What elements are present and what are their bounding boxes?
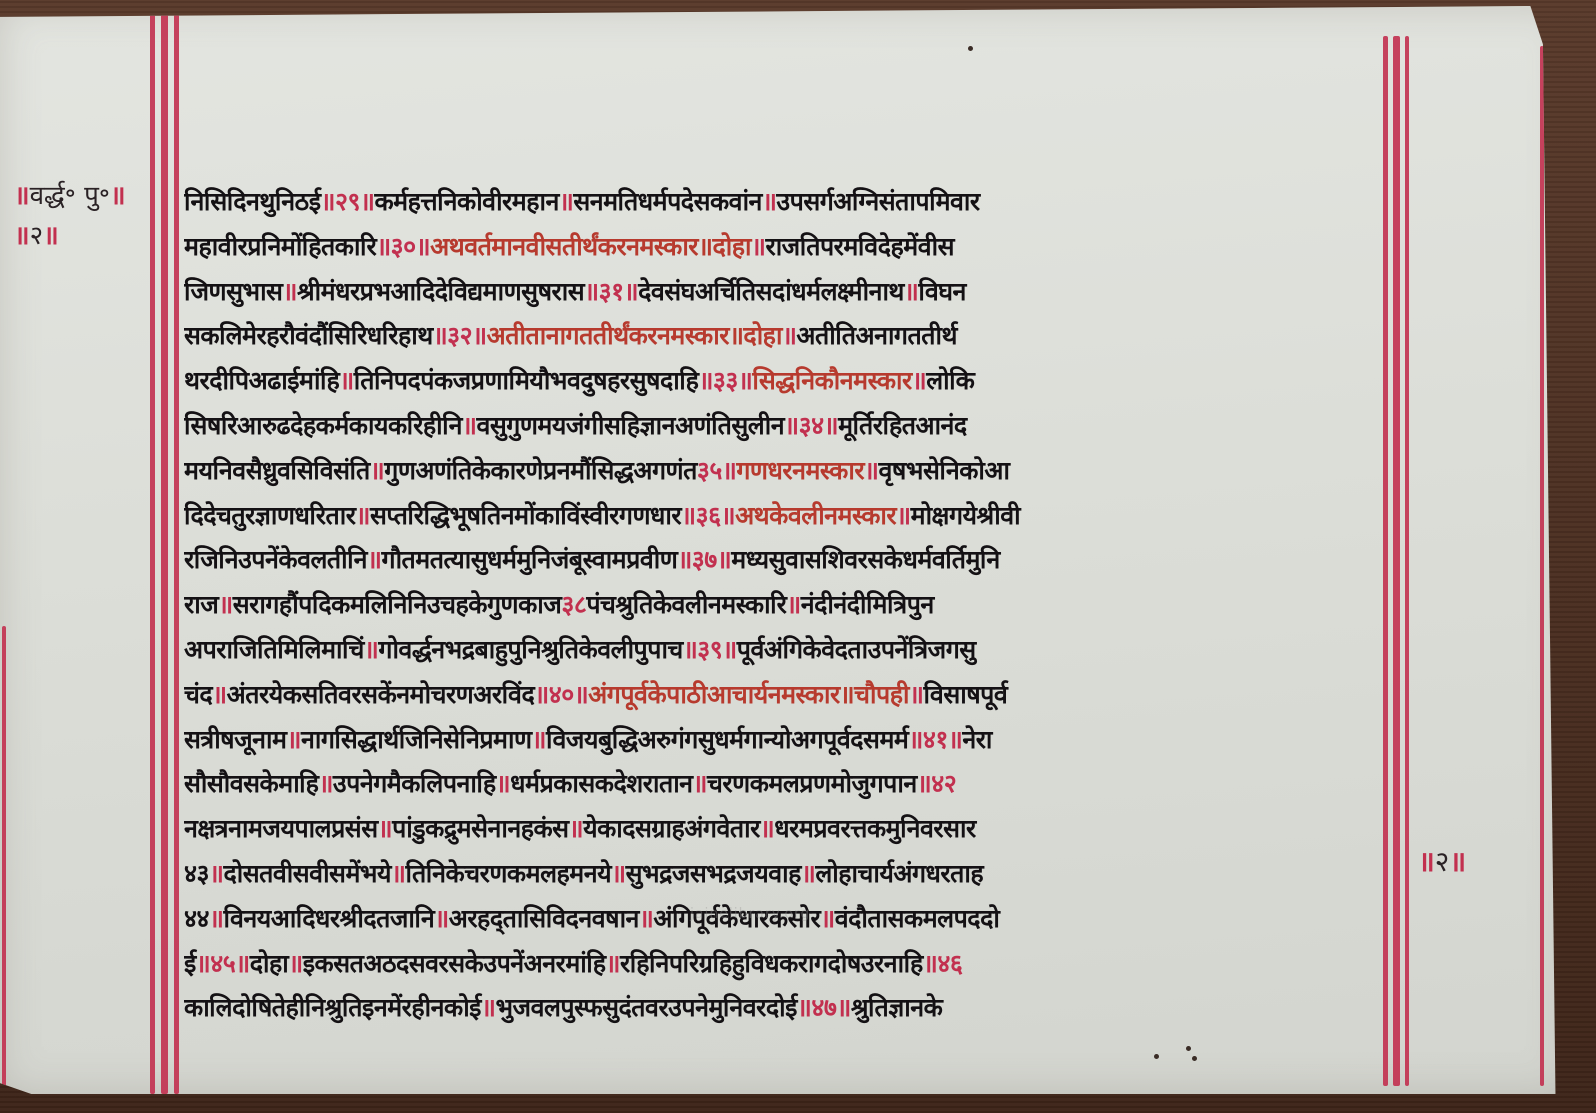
verse-marker: ॥ xyxy=(912,366,926,395)
verse-marker: ॥ xyxy=(364,635,378,664)
left-edge-rule xyxy=(2,626,6,1096)
verse-text: सकलिमेरहरौवंदौंसिरिधरिहाथ xyxy=(184,321,433,350)
verse-marker: ॥ xyxy=(786,590,800,619)
manuscript-line: सिषरिआरुढदेहकर्मकायकरिहीनि॥वसुगुणमयजंगीस… xyxy=(184,404,1384,449)
danda: ॥ xyxy=(14,181,30,211)
manuscript-line: मयनिवसैध्रुवसिविसंति॥गुणअणंतिकेकारणेप्रन… xyxy=(184,449,1384,494)
rubric-heading: अंगपूर्वकेपाठीआचार्यनमस्कार॥चौपही xyxy=(588,680,909,709)
right-folio-number: २ xyxy=(1435,845,1450,878)
verse-marker: ॥४७॥ xyxy=(797,993,851,1022)
verse-text: राज xyxy=(184,590,218,619)
verse-text: लोकि xyxy=(926,366,974,395)
danda: ॥ xyxy=(110,181,126,211)
verse-marker: ॥ xyxy=(820,904,834,933)
verse-text: चरणकमलप्रणमोजुगपान xyxy=(707,769,917,798)
verse-marker: ॥ xyxy=(896,501,910,530)
verse-text: महावीरप्रनिमोंहितकारि xyxy=(184,232,376,261)
verse-text: दोसतवीसवीसमेंभये xyxy=(224,859,391,888)
verse-text: थरदीपिअढाईमांहि xyxy=(184,366,339,395)
verse-marker: ॥ xyxy=(532,725,546,754)
verse-text: वृषभसेनिकोआ xyxy=(879,456,1010,485)
manuscript-line: चंद॥अंतरयेकसतिवरसकेंनमोचरणअरविंद॥४०॥अंगप… xyxy=(184,673,1384,718)
verse-text: दोहा xyxy=(250,949,289,978)
verse-text: विसाषपूर्व xyxy=(923,680,1007,709)
verse-text: नागसिद्धार्थजिनिसेनिप्रमाण xyxy=(301,725,532,754)
danda: ॥ xyxy=(43,221,59,251)
verse-marker: ॥ xyxy=(801,859,815,888)
verse-marker: ॥ xyxy=(370,456,384,485)
ink-spot xyxy=(1186,1046,1191,1051)
verse-marker: ॥ xyxy=(496,769,510,798)
verse-text: नक्षत्रनामजयपालप्रसंस xyxy=(184,814,378,843)
verse-text: इकसतअठदसवरसकेउपनेंअनरमांहि xyxy=(303,949,606,978)
verse-text: सौसौवसकेमाहि xyxy=(184,769,318,798)
verse-marker: ॥४०॥ xyxy=(534,680,588,709)
verse-marker: ॥४५॥ xyxy=(196,949,250,978)
manuscript-line: थरदीपिअढाईमांहि॥तिनिपदपंकजप्रणामियौभवदुष… xyxy=(184,359,1384,404)
verse-marker: ॥३६॥ xyxy=(681,501,735,530)
verse-marker: ॥४१॥ xyxy=(908,725,962,754)
verse-text: धरमप्रवरत्तकमुनिवरसार xyxy=(774,814,975,843)
verse-text: मोक्षगयेश्रीवी xyxy=(911,501,1020,530)
right-margin-rule-inner2 xyxy=(1405,36,1409,1086)
rubric-heading: अथकेवलीनमस्कार xyxy=(735,501,896,530)
verse-marker: ॥ xyxy=(378,814,392,843)
verse-marker: ॥ xyxy=(611,859,625,888)
verse-marker: ॥४२ xyxy=(917,769,956,798)
manuscript-line: निसिदिनथुनिठई॥२९॥कर्महत्तनिकोवीरमहान॥सनम… xyxy=(184,180,1384,225)
verse-marker: ॥३१॥ xyxy=(584,277,638,306)
verse-marker: ॥ xyxy=(639,904,653,933)
verse-text: रहिनिपरिग्रहिहुविधकरागदोषउरनाहि xyxy=(620,949,923,978)
verse-marker: ॥ xyxy=(569,814,583,843)
verse-marker: ॥ xyxy=(355,501,369,530)
verse-marker: ॥ xyxy=(282,277,296,306)
verse-text: चंद xyxy=(184,680,212,709)
rubric-heading: सिद्धनिकौनमस्कार xyxy=(752,366,911,395)
verse-marker: ॥ xyxy=(909,680,923,709)
rubric-heading: गणधरनमस्कार xyxy=(736,456,864,485)
verse-text: सुभद्रजसभद्रजयवाह xyxy=(626,859,801,888)
verse-text: धर्मप्रकासकदेशरातान xyxy=(510,769,692,798)
verse-text: नेरा xyxy=(962,725,992,754)
verse-marker: ॥ xyxy=(209,859,223,888)
verse-marker: ॥३७॥ xyxy=(677,545,731,574)
rubric-heading: अतीतानागततीर्थंकरनमस्कार॥दोहा xyxy=(487,321,782,350)
verse-marker: ॥ xyxy=(339,366,353,395)
verse-text: वंदौतासकमलपददो xyxy=(835,904,1000,933)
verse-text: अरहद्तासिविदनवषान xyxy=(449,904,639,933)
verse-marker: ॥ xyxy=(212,680,226,709)
verse-marker: ॥ xyxy=(606,949,620,978)
verse-text: अतीतिअनागततीर्थ xyxy=(796,321,957,350)
verse-text: अपराजितिमिलिमाचिं xyxy=(184,635,364,664)
manuscript-line: दिदेचतुरज्ञाणधरितार॥सप्तरिद्धिभूषतिनमोंक… xyxy=(184,494,1384,539)
manuscript-text-block: निसिदिनथुनिठई॥२९॥कर्महत्तनिकोवीरमहान॥सनम… xyxy=(184,180,1384,1031)
verse-text: मूर्तिरहितआनंद xyxy=(838,411,967,440)
verse-text: सिषरिआरुढदेहकर्मकायकरिहीनि xyxy=(184,411,462,440)
verse-text: निसिदिनथुनिठई xyxy=(184,187,320,216)
verse-text: गौतमतत्यासुधर्ममुनिजंबूस्वामप्रवीण xyxy=(382,545,678,574)
left-margin-rule-outer xyxy=(150,6,155,1094)
verse-text: विनयआदिधरश्रीदतजानि xyxy=(224,904,435,933)
manuscript-line: सौसौवसकेमाहि॥उपनेगमैकलिपनाहि॥धर्मप्रकासक… xyxy=(184,762,1384,807)
margin-title: वर्द्ध॰ पु॰ xyxy=(30,181,110,211)
verse-text: उपनेगमैकलिपनाहि xyxy=(333,769,496,798)
verse-text: लोहाचार्यअंगधरताह xyxy=(815,859,983,888)
verse-marker: ॥२९॥ xyxy=(320,187,374,216)
verse-marker: ॥ xyxy=(318,769,332,798)
verse-marker: ॥ xyxy=(462,411,476,440)
verse-text: ४३ xyxy=(184,859,209,888)
manuscript-line: जिणसुभास॥श्रीमंधरप्रभआदिदेविद्यमाणसुषरास… xyxy=(184,270,1384,315)
verse-text: सप्तरिद्धिभूषतिनमोंकाविंस्वीरगणधार xyxy=(370,501,681,530)
verse-marker: ॥३४॥ xyxy=(784,411,838,440)
verse-text: तिनिकेचरणकमलहमनये xyxy=(405,859,611,888)
verse-marker: ॥३९॥ xyxy=(683,635,737,664)
verse-marker: ॥ xyxy=(751,232,765,261)
verse-text: भुजवलपुस्फसुदंतवरउपनेमुनिवरदोई xyxy=(495,993,796,1022)
manuscript-line: महावीरप्रनिमोंहितकारि॥३०॥अथवर्तमानवीसतीर… xyxy=(184,225,1384,270)
verse-text: विघन xyxy=(918,277,966,306)
verse-text: पांडुकद्रुमसेनानहकंस xyxy=(392,814,568,843)
verse-marker: ॥ xyxy=(434,904,448,933)
verse-text: येकादसग्राहअंगवेतार xyxy=(583,814,760,843)
verse-text: जिणसुभास xyxy=(184,277,282,306)
verse-text: गुणअणंतिकेकारणेप्रनमौंसिद्धअगणंत xyxy=(384,456,697,485)
verse-text: पंचश्रुतिकेवलीनमस्कारि xyxy=(586,590,786,619)
verse-text: विजयबुद्धिअरुगंगसुधर्मगान्योअगपूर्वदसमर्… xyxy=(546,725,908,754)
verse-text: मध्यसुवासशिवरसकेधर्मवर्तिमुनि xyxy=(731,545,999,574)
verse-text: राजतिपरमविदेहमेंवीस xyxy=(765,232,954,261)
verse-text: पूर्वअंगिकेवेदताउपनेंत्रिजगसु xyxy=(737,635,976,664)
verse-text: वसुगुणमयजंगीसहिज्ञानअणंतिसुलीन xyxy=(476,411,784,440)
right-margin-note: ॥२॥ xyxy=(1418,842,1466,880)
manuscript-line: अपराजितिमिलिमाचिं॥गोवर्द्धनभद्रबाहुपुनिश… xyxy=(184,628,1384,673)
left-margin-rule-inner2 xyxy=(174,6,179,1094)
manuscript-line: ४३॥दोसतवीसवीसमेंभये॥तिनिकेचरणकमलहमनये॥सु… xyxy=(184,852,1384,897)
manuscript-line: नक्षत्रनामजयपालप्रसंस॥पांडुकद्रुमसेनानहक… xyxy=(184,807,1384,852)
watermark: jainelibrary.org xyxy=(690,906,810,922)
verse-marker: ॥४६ xyxy=(923,949,962,978)
verse-marker: ॥ xyxy=(559,187,573,216)
verse-text: सरागहौंपदिकमलिनिनिउचहकेगुणकाज xyxy=(233,590,562,619)
verse-marker: ॥३०॥ xyxy=(376,232,430,261)
left-margin-note: ॥वर्द्ध॰ पु॰॥ ॥२॥ xyxy=(14,176,126,256)
danda: ॥ xyxy=(1449,845,1466,878)
verse-marker: ॥ xyxy=(904,277,918,306)
verse-marker: ॥३३॥ xyxy=(698,366,752,395)
ink-spot xyxy=(968,46,973,51)
verse-text: उपसर्गअग्निसंतापमिवार xyxy=(776,187,979,216)
verse-text: दिदेचतुरज्ञाणधरितार xyxy=(184,501,355,530)
verse-text: सत्रीषजूनाम xyxy=(184,725,286,754)
manuscript-line: सत्रीषजूनाम॥नागसिद्धार्थजिनिसेनिप्रमाण॥व… xyxy=(184,718,1384,763)
verse-marker: ॥ xyxy=(693,769,707,798)
verse-text: अंतरयेकसतिवरसकेंनमोचरणअरविंद xyxy=(227,680,535,709)
verse-text: नंदीनंदीमित्रिपुन xyxy=(801,590,934,619)
verse-text: श्रीमंधरप्रभआदिदेविद्यमाणसुषरास xyxy=(297,277,584,306)
verse-marker: ३५॥ xyxy=(697,456,736,485)
right-edge-rule xyxy=(1540,46,1544,1086)
verse-marker: ॥ xyxy=(782,321,796,350)
danda: ॥ xyxy=(1418,845,1435,878)
verse-marker: ॥ xyxy=(391,859,405,888)
rubric-heading: अथवर्तमानवीसतीर्थंकरनमस्कार॥दोहा xyxy=(430,232,751,261)
manuscript-line: राज॥सरागहौंपदिकमलिनिनिउचहकेगुणकाज३८पंचश्… xyxy=(184,583,1384,628)
verse-text: तिनिपदपंकजप्रणामियौभवदुषहरसुषदाहि xyxy=(354,366,699,395)
verse-text: कर्महत्तनिकोवीरमहान xyxy=(374,187,558,216)
verse-marker: ॥३२॥ xyxy=(433,321,487,350)
verse-marker: ॥ xyxy=(218,590,232,619)
verse-marker: ॥ xyxy=(367,545,381,574)
verse-marker: ॥ xyxy=(288,949,302,978)
left-folio-number: २ xyxy=(30,221,44,251)
verse-text: सनमतिधर्मपदेसकवांन xyxy=(573,187,762,216)
left-margin-rule-inner xyxy=(161,6,168,1094)
ink-spot xyxy=(1192,1056,1197,1061)
verse-marker: ॥ xyxy=(760,814,774,843)
verse-marker: ॥ xyxy=(762,187,776,216)
verse-marker: ३८ xyxy=(561,590,586,619)
ink-spot xyxy=(1154,1054,1159,1059)
verse-text: कालिदोषितेहीनिश्रुतिइनमेंरहीनकोई xyxy=(184,993,481,1022)
verse-marker: ॥ xyxy=(481,993,495,1022)
verse-text: ४४ xyxy=(184,904,209,933)
verse-text: ई xyxy=(184,949,196,978)
verse-marker: ॥ xyxy=(286,725,300,754)
manuscript-line: रजिनिउपनेंकेवलतीनि॥गौतमतत्यासुधर्ममुनिजं… xyxy=(184,538,1384,583)
verse-marker: ॥ xyxy=(209,904,223,933)
danda: ॥ xyxy=(14,221,30,251)
verse-text: रजिनिउपनेंकेवलतीनि xyxy=(184,545,367,574)
manuscript-line: कालिदोषितेहीनिश्रुतिइनमेंरहीनकोई॥भुजवलपु… xyxy=(184,986,1384,1031)
verse-text: देवसंघअर्चितिसदांधर्मलक्ष्मीनाथ xyxy=(638,277,904,306)
manuscript-line: ई॥४५॥दोहा॥इकसतअठदसवरसकेउपनेंअनरमांहि॥रहि… xyxy=(184,942,1384,987)
verse-text: मयनिवसैध्रुवसिविसंति xyxy=(184,456,370,485)
right-margin-rule-inner xyxy=(1393,36,1400,1086)
manuscript-line: सकलिमेरहरौवंदौंसिरिधरिहाथ॥३२॥अतीतानागतती… xyxy=(184,314,1384,359)
verse-text: गोवर्द्धनभद्रबाहुपुनिश्रुतिकेवलीपुपाच xyxy=(378,635,682,664)
verse-text: श्रुतिज्ञानके xyxy=(851,993,943,1022)
verse-marker: ॥ xyxy=(864,456,878,485)
